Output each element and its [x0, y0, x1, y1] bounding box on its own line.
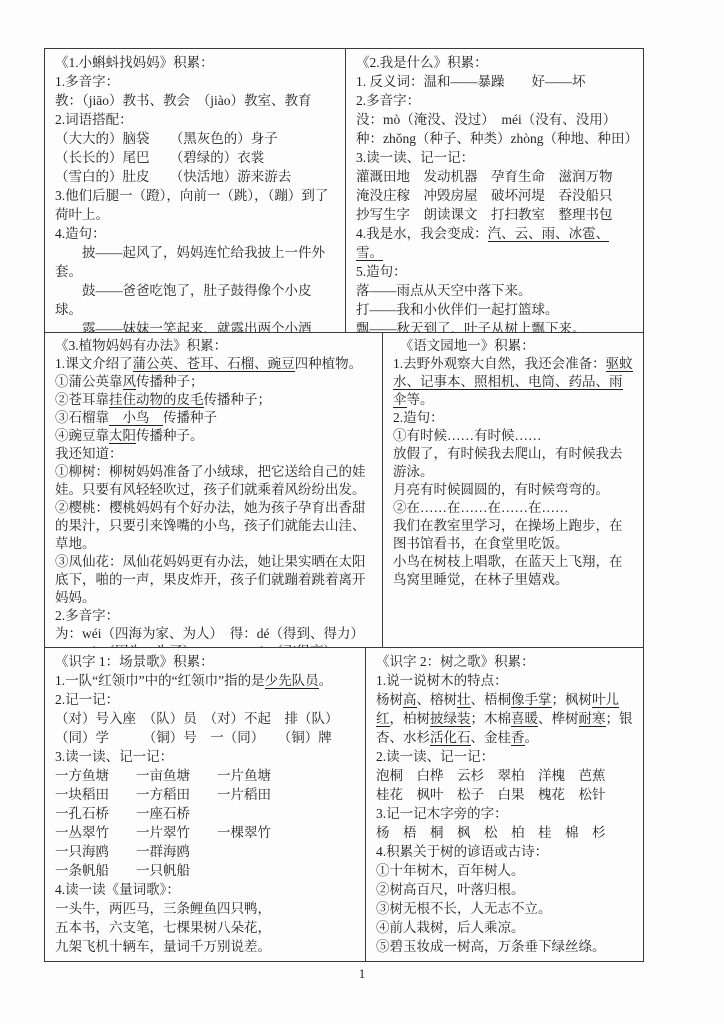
- text-line: 一块稻田 一方稻田 一片稻田: [55, 785, 357, 804]
- section-body: 1.一队“红领巾”中的“红领巾”指的是少先队员。2.记一记：（对）号入座 （队）…: [55, 671, 357, 956]
- section-body: 1.多音字：教：（jiāo）教书、教会 （jiào）教室、教育2.词语搭配：（大…: [55, 72, 337, 332]
- text-line: 五本书，六支笔，七棵果树八朵花，: [55, 918, 357, 937]
- cell-shizi2-tree-song: 《识字 2：树之歌》积累： 1.说一说树木的特点：杨树高、榕树壮、梧桐像手掌；枫…: [366, 648, 643, 961]
- text-line: 落——雨点从天空中落下来。: [356, 281, 635, 300]
- text-line: 一条帆船 一只帆船: [55, 861, 357, 880]
- cell-garden-unit1: 《语文园地一》积累： 1.去野外观察大自然，我还会准备：驱蚊水、记事本、照相机、…: [383, 333, 643, 647]
- text-line: 披——起风了，妈妈连忙给我披上一件外套。: [55, 243, 337, 281]
- text-line: ①蒲公英靠风传播种子；: [55, 373, 374, 391]
- text-line: wèi（因为、为了） de（飞得高）: [55, 643, 374, 647]
- text-line: ②在……在……在……在……: [393, 499, 635, 517]
- text-line: 我们在教室里学习，在操场上跑步，在图书馆看书，在食堂里吃饭。: [393, 517, 635, 553]
- text-line: 4.积累关于树的谚语或古诗：: [376, 842, 635, 861]
- text-line: 打——我和小伙伴们一起打篮球。: [356, 300, 635, 319]
- text-line: ③凤仙花：凤仙花妈妈更有办法，她让果实晒在太阳底下，啪的一声，果皮炸开，孩子们就…: [55, 553, 374, 607]
- section-body: 1.课文介绍了蒲公英、苍耳、石榴、豌豆四种植物。①蒲公英靠风传播种子；②苍耳靠挂…: [55, 355, 374, 647]
- text-line: 一孔石桥 一座石桥: [55, 804, 357, 823]
- section-body: 1. 反义词：温和——暴躁 好——坏2.多音字：没：mò（淹没、没过） méi（…: [356, 72, 635, 332]
- text-line: 教：（jiāo）教书、教会 （jiào）教室、教育: [55, 91, 337, 110]
- underlined-answer: 小鸟: [109, 410, 163, 426]
- text-line: 4.我是水，我会变成：汽、云、雨、冰雹、雪。: [356, 224, 635, 262]
- text-line: ④前人栽树，后人乘凉。: [376, 918, 635, 937]
- underlined-answer: 活化石: [430, 730, 471, 746]
- text-line: 一方鱼塘 一亩鱼塘 一片鱼塘: [55, 766, 357, 785]
- text-line: 1.一队“红领巾”中的“红领巾”指的是少先队员。: [55, 671, 357, 690]
- text-line: 2.造句：: [393, 409, 635, 427]
- text-line: （对）号入座 （队）员 （对）不起 排（队）: [55, 709, 357, 728]
- underlined-answer: 挂住动物的皮毛: [109, 392, 204, 408]
- document-page: 《1.小蝌蚪找妈妈》积累： 1.多音字：教：（jiāo）教书、教会 （jiào）…: [0, 0, 724, 1024]
- section-title: 《识字 1：场景歌》积累：: [55, 652, 357, 671]
- text-line: 放假了，有时候我去爬山，有时候我去游泳。: [393, 445, 635, 481]
- underlined-answer: 高: [403, 692, 417, 708]
- table-row-3: 《识字 1：场景歌》积累： 1.一队“红领巾”中的“红领巾”指的是少先队员。2.…: [45, 647, 643, 961]
- text-line: ②树高百尺，叶落归根。: [376, 880, 635, 899]
- underlined-answer: 披绿装: [430, 711, 471, 727]
- section-title: 《语文园地一》积累：: [393, 337, 635, 355]
- section-title: 《1.小蝌蚪找妈妈》积累：: [55, 53, 337, 72]
- text-line: 抄写生字 朗读课文 打扫教室 整理书包: [356, 205, 635, 224]
- text-line: 3.记一记木字旁的字：: [376, 804, 635, 823]
- table-row-1: 《1.小蝌蚪找妈妈》积累： 1.多音字：教：（jiāo）教书、教会 （jiào）…: [45, 49, 643, 332]
- text-line: 1.说一说树木的特点：: [376, 671, 635, 690]
- text-line: 月亮有时候圆圆的，有时候弯弯的。: [393, 481, 635, 499]
- text-line: 一丛翠竹 一片翠竹 一棵翠竹: [55, 823, 357, 842]
- underlined-answer: 少先队员: [265, 673, 319, 689]
- text-line: 2.词语搭配：: [55, 110, 337, 129]
- text-line: ②苍耳靠挂住动物的皮毛传播种子；: [55, 391, 374, 409]
- underlined-answer: 蒲公英、苍耳、石榴、豌豆: [133, 356, 295, 372]
- text-line: 5.造句：: [356, 262, 635, 281]
- underlined-answer: 耐寒: [579, 711, 606, 727]
- cell-lesson1-tadpole: 《1.小蝌蚪找妈妈》积累： 1.多音字：教：（jiāo）教书、教会 （jiào）…: [45, 49, 346, 332]
- text-line: 淹没庄稼 冲毁房屋 破坏河堤 吞没船只: [356, 186, 635, 205]
- text-line: ①柳树：柳树妈妈准备了小绒球，把它送给自己的娃娃。只要有风轻轻吹过，孩子们就乘着…: [55, 463, 374, 499]
- text-line: 没：mò（淹没、没过） méi（没有、没用）: [356, 110, 635, 129]
- text-line: 一头牛，两匹马，三条鲤鱼四只鸭，: [55, 899, 357, 918]
- text-line: ②樱桃：樱桃妈妈有个好办法，她为孩子孕育出香甜的果汁，只要引来馋嘴的小鸟，孩子们…: [55, 499, 374, 553]
- section-body: 1.说一说树木的特点：杨树高、榕树壮、梧桐像手掌；枫树叶儿红，柏树披绿装；木棉喜…: [376, 671, 635, 956]
- text-line: 2.读一读、记一记：: [376, 747, 635, 766]
- text-line: 九架飞机十辆车，量词千万别说差。: [55, 937, 357, 956]
- section-body: 1.去野外观察大自然，我还会准备：驱蚊水、记事本、照相机、电筒、药品、雨伞等。2…: [393, 355, 635, 589]
- underlined-answer: 太阳: [109, 428, 136, 444]
- text-line: 小鸟在树枝上唱歌，在蓝天上飞翔，在鸟窝里睡觉，在林子里嬉戏。: [393, 553, 635, 589]
- page-number: 1: [0, 966, 724, 982]
- text-line: ⑤碧玉妆成一树高，万条垂下绿丝绦。: [376, 937, 635, 956]
- text-line: 1.多音字：: [55, 72, 337, 91]
- text-line: 1.去野外观察大自然，我还会准备：驱蚊水、记事本、照相机、电筒、药品、雨伞等。: [393, 355, 635, 409]
- text-line: 我还知道：: [55, 445, 374, 463]
- text-line: 3.他们后腿一（蹬），向前一（跳），（蹦）到了荷叶上。: [55, 186, 337, 224]
- text-line: 为：wéi（四海为家、为人） 得：dé（得到、得力）: [55, 625, 374, 643]
- underlined-answer: 壮: [457, 692, 471, 708]
- text-line: 2.多音字：: [55, 607, 374, 625]
- text-line: ①有时候……有时候……: [393, 427, 635, 445]
- text-line: ③树无根不长，人无志不立。: [376, 899, 635, 918]
- underlined-answer: 香: [511, 730, 525, 746]
- text-line: 杨 梧 桐 枫 松 柏 桂 棉 杉: [376, 823, 635, 842]
- text-line: 1. 反义词：温和——暴躁 好——坏: [356, 72, 635, 91]
- text-line: 4.造句：: [55, 224, 337, 243]
- table-row-2: 《3.植物妈妈有办法》积累： 1.课文介绍了蒲公英、苍耳、石榴、豌豆四种植物。①…: [45, 332, 643, 647]
- section-title: 《3.植物妈妈有办法》积累：: [55, 337, 374, 355]
- text-line: （雪白的）肚皮 （快活地）游来游去: [55, 167, 337, 186]
- text-line: 灌溉田地 发动机器 孕育生命 滋润万物: [356, 167, 635, 186]
- underlined-answer: 像手掌: [511, 692, 552, 708]
- text-line: 1.课文介绍了蒲公英、苍耳、石榴、豌豆四种植物。: [55, 355, 374, 373]
- text-line: 泡桐 白桦 云杉 翠柏 洋槐 芭蕉: [376, 766, 635, 785]
- text-line: （同）学 （铜）号 一（同） （铜）牌: [55, 728, 357, 747]
- text-line: ①十年树木，百年树人。: [376, 861, 635, 880]
- underlined-answer: 风: [123, 374, 137, 390]
- text-line: ④豌豆靠太阳传播种子。: [55, 427, 374, 445]
- text-line: 种：zhǒng（种子、种类）zhòng（种地、种田）: [356, 129, 635, 148]
- text-line: 4.读一读《量词歌》：: [55, 880, 357, 899]
- text-line: （大大的）脑袋 （黑灰色的）身子: [55, 129, 337, 148]
- text-line: 露——妹妹一笑起来，就露出两个小酒窝。: [55, 319, 337, 332]
- text-line: 飘——秋天到了，叶子从树上飘下来。: [356, 319, 635, 332]
- text-line: 鼓——爸爸吃饱了，肚子鼓得像个小皮球。: [55, 281, 337, 319]
- notes-table: 《1.小蝌蚪找妈妈》积累： 1.多音字：教：（jiāo）教书、教会 （jiào）…: [44, 48, 644, 962]
- text-line: 杨树高、榕树壮、梧桐像手掌；枫树叶儿红，柏树披绿装；木棉喜暖、桦树耐寒；银杏、水…: [376, 690, 635, 747]
- cell-lesson3-plant-mothers: 《3.植物妈妈有办法》积累： 1.课文介绍了蒲公英、苍耳、石榴、豌豆四种植物。①…: [45, 333, 383, 647]
- text-line: 3.读一读、记一记：: [356, 148, 635, 167]
- section-title: 《2.我是什么》积累：: [356, 53, 635, 72]
- section-title: 《识字 2：树之歌》积累：: [376, 652, 635, 671]
- cell-shizi1-scene-song: 《识字 1：场景歌》积累： 1.一队“红领巾”中的“红领巾”指的是少先队员。2.…: [45, 648, 366, 961]
- underlined-answer: 喜暖: [511, 711, 538, 727]
- text-line: 一只海鸥 一群海鸥: [55, 842, 357, 861]
- cell-lesson2-what-am-i: 《2.我是什么》积累： 1. 反义词：温和——暴躁 好——坏2.多音字：没：mò…: [346, 49, 643, 332]
- text-line: ③石榴靠 小鸟 传播种子: [55, 409, 374, 427]
- text-line: （长长的）尾巴 （碧绿的）衣裳: [55, 148, 337, 167]
- text-line: 桂花 枫叶 松子 白果 槐花 松针: [376, 785, 635, 804]
- text-line: 2.多音字：: [356, 91, 635, 110]
- text-line: 3.读一读、记一记：: [55, 747, 357, 766]
- text-line: 2.记一记：: [55, 690, 357, 709]
